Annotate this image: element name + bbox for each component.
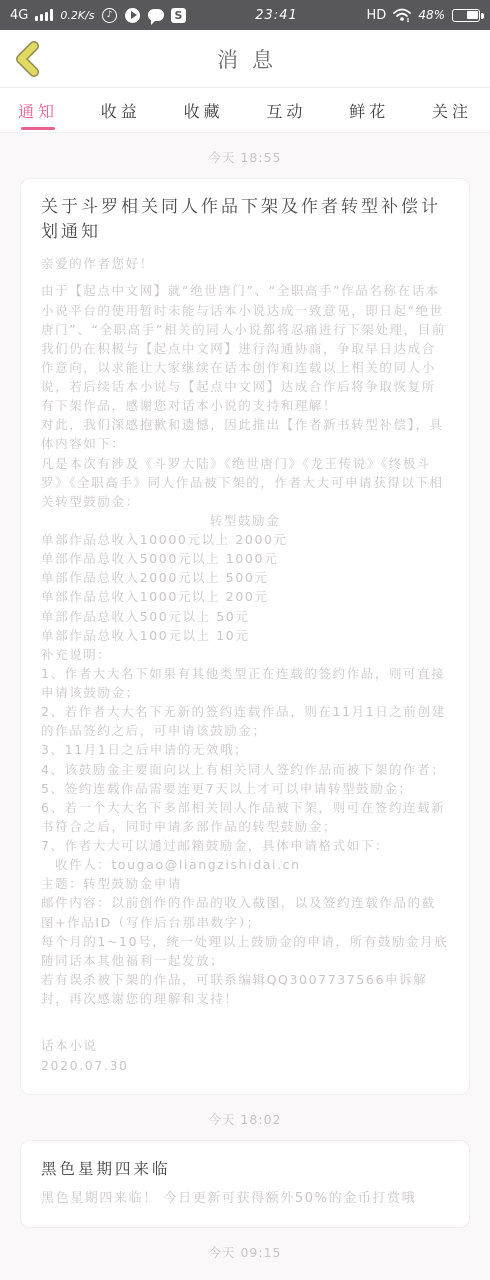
fee-line: 单部作品总收入500元以上 50元 xyxy=(41,607,449,626)
page-header: 消息 xyxy=(0,30,490,88)
message-feed: 今天 18:55 关于斗罗相关同人作品下架及作者转型补偿计划通知 亲爱的作者您好… xyxy=(0,133,490,1280)
s-app-icon: S xyxy=(171,7,187,23)
hd-voice-label: HD xyxy=(367,8,387,23)
note-item: 4、该鼓励金主要面向以上有相关同人签约作品而被下架的作者； xyxy=(41,760,449,779)
mail-subject-line: 主题：转型鼓励金申请 xyxy=(41,874,449,893)
status-bar: 4G 0.2K/s ♪ S 23:41 HD 48% xyxy=(0,0,490,30)
battery-icon xyxy=(452,9,480,22)
fee-line: 单部作品总收入100元以上 10元 xyxy=(41,626,449,645)
mail-content-line: 邮件内容：以前创作的作品的收入截图，以及签约连载作品的截图+作品ID（写作后台那… xyxy=(41,893,449,931)
mail-recipient-line: 收件人：tougao@liangzishidai.cn xyxy=(41,855,449,874)
notes-header: 补充说明： xyxy=(41,645,449,664)
tab-bar: 通知 收益 收藏 互动 鲜花 关注 xyxy=(0,88,490,133)
fee-line: 单部作品总收入2000元以上 500元 xyxy=(41,568,449,587)
note-item: 5、签约连载作品需要连更7天以上才可以申请转型鼓励金； xyxy=(41,779,449,798)
black-thursday-body: 黑色星期四来临！ 今日更新可获得额外50%的金币打赏哦 xyxy=(41,1189,449,1209)
notice-body: 由于【起点中文网】就“绝世唐门”、“全职高手”作品名称在话本小说平台的使用暂时未… xyxy=(41,281,449,1008)
page-title: 消息 xyxy=(203,44,287,74)
active-tab-underline xyxy=(21,127,55,130)
signal-bars-icon xyxy=(35,9,53,21)
black-thursday-card[interactable]: 黑色星期四来临 黑色星期四来临！ 今日更新可获得额外50%的金币打赏哦 xyxy=(20,1140,470,1228)
note-item: 7、作者大大可以通过邮箱鼓励金，具体申请格式如下： xyxy=(41,836,449,855)
network-type-label: 4G xyxy=(10,8,28,23)
back-chevron-icon xyxy=(10,41,46,77)
fee-line: 单部作品总收入10000元以上 2000元 xyxy=(41,530,449,549)
tab-flowers[interactable]: 鲜花 xyxy=(349,93,389,128)
music-app-icon: ♪ xyxy=(102,7,118,23)
closing-line: 每个月的1~10号，统一处理以上鼓励金的申请，所有鼓励金月底随同话本其他福利一起… xyxy=(41,932,449,970)
fee-line: 单部作品总收入5000元以上 1000元 xyxy=(41,549,449,568)
tab-notifications[interactable]: 通知 xyxy=(18,93,58,128)
notice-paragraph: 凡是本次有涉及《斗罗大陆》《绝世唐门》《龙王传说》《终极斗罗》《全职高手》同人作… xyxy=(41,454,449,511)
tab-earnings[interactable]: 收益 xyxy=(101,93,141,128)
tab-favorites[interactable]: 收藏 xyxy=(184,93,224,128)
network-speed-label: 0.2K/s xyxy=(60,9,94,22)
note-item: 1、作者大大名下如果有其他类型正在连载的签约作品，则可直接申请该鼓励金； xyxy=(41,664,449,702)
signature-date: 2020.07.30 xyxy=(41,1056,449,1076)
timestamp: 今天 09:15 xyxy=(20,1243,470,1261)
note-item: 2、若作者大大名下无新的签约连载作品，则在11月1日之前创建的作品签约之后，可申… xyxy=(41,702,449,740)
closing-line: 若有误杀被下架的作品，可联系编辑QQ3007737566申诉解封，再次感谢您的理… xyxy=(41,970,449,1008)
tab-follows[interactable]: 关注 xyxy=(432,93,472,128)
notice-paragraph: 由于【起点中文网】就“绝世唐门”、“全职高手”作品名称在话本小说平台的使用暂时未… xyxy=(41,281,449,415)
battery-percent-label: 48% xyxy=(418,8,445,22)
wifi-icon xyxy=(393,8,411,22)
timestamp: 今天 18:02 xyxy=(20,1110,470,1128)
note-item: 6、若一个大大名下多部相关同人作品被下架，则可在签约连载新书符合之后，同时申请多… xyxy=(41,798,449,836)
back-button[interactable] xyxy=(10,41,46,77)
clock-label: 23:41 xyxy=(187,8,367,23)
app-screen: 4G 0.2K/s ♪ S 23:41 HD 48% xyxy=(0,0,490,1280)
black-thursday-title: 黑色星期四来临 xyxy=(41,1157,449,1179)
notice-paragraph: 对此，我们深感抱歉和遗憾，因此推出【作者新书转型补偿】，具体内容如下： xyxy=(41,415,449,453)
video-app-icon xyxy=(125,7,141,23)
signature-name: 话本小说 xyxy=(41,1036,449,1056)
notice-greeting: 亲爱的作者您好！ xyxy=(41,254,449,273)
notice-title: 关于斗罗相关同人作品下架及作者转型补偿计划通知 xyxy=(41,195,449,244)
fee-table-header: 转型鼓励金 xyxy=(41,511,449,530)
fee-line: 单部作品总收入1000元以上 200元 xyxy=(41,587,449,606)
notice-signature: 话本小说 2020.07.30 xyxy=(41,1036,449,1076)
notice-card[interactable]: 关于斗罗相关同人作品下架及作者转型补偿计划通知 亲爱的作者您好！ 由于【起点中文… xyxy=(20,178,470,1095)
tab-interactions[interactable]: 互动 xyxy=(266,93,306,128)
timestamp: 今天 18:55 xyxy=(20,148,470,166)
message-bubble-icon xyxy=(148,7,164,23)
note-item: 3、11月1日之后申请的无效哦； xyxy=(41,740,449,759)
